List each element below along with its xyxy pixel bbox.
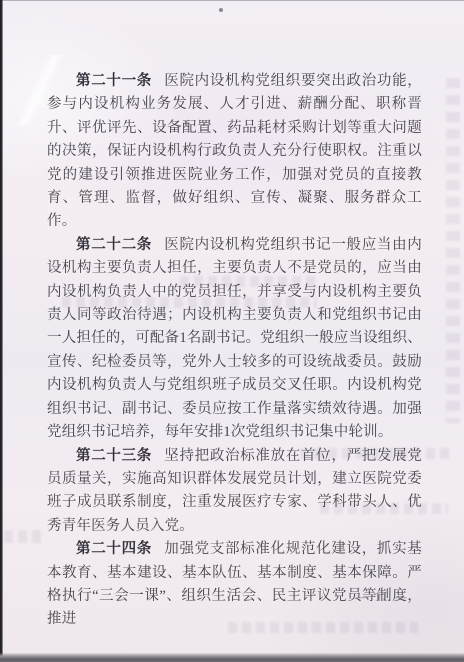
page-number: — 11 —	[347, 590, 417, 605]
paragraph-article-21: 第二十一条医院内设机构党组织要突出政治功能，参与内设机构业务发展、人才引进、薪酬…	[47, 70, 422, 234]
paragraph-article-22: 第二十二条医院内设机构党组织书记一般应当由内设机构主要负责人担任，主要负责人不是…	[47, 234, 422, 445]
scan-edge-left	[0, 0, 3, 662]
paragraph-article-24: 第二十四条加强党支部标准化规范化建设，抓实基本教育、基本建设、基本队伍、基本制度…	[47, 538, 422, 632]
article-24-number: 第二十四条	[76, 541, 152, 557]
article-22-number: 第二十二条	[76, 237, 152, 253]
article-22-body: 医院内设机构党组织书记一般应当由内设机构主要负责人担任，主要负责人不是党员的，应…	[47, 237, 422, 440]
scan-edge-bottom	[0, 653, 464, 662]
document-text: 第二十一条医院内设机构党组织要突出政治功能，参与内设机构业务发展、人才引进、薪酬…	[47, 70, 422, 632]
article-23-number: 第二十三条	[76, 448, 152, 464]
paragraph-article-23: 第二十三条坚持把政治标准放在首位，严把发展党员质量关，实施高知识群体发展党员计划…	[47, 445, 422, 539]
scanned-document-page: 第二十一条医院内设机构党组织要突出政治功能，参与内设机构业务发展、人才引进、薪酬…	[0, 0, 464, 662]
bleed-through-line	[4, 530, 42, 543]
article-21-body: 医院内设机构党组织要突出政治功能，参与内设机构业务发展、人才引进、薪酬分配、职称…	[47, 73, 422, 229]
paper-speck	[219, 8, 223, 12]
bleed-through-column	[446, 78, 460, 423]
scan-edge-top	[0, 0, 464, 1]
article-21-number: 第二十一条	[76, 73, 152, 89]
